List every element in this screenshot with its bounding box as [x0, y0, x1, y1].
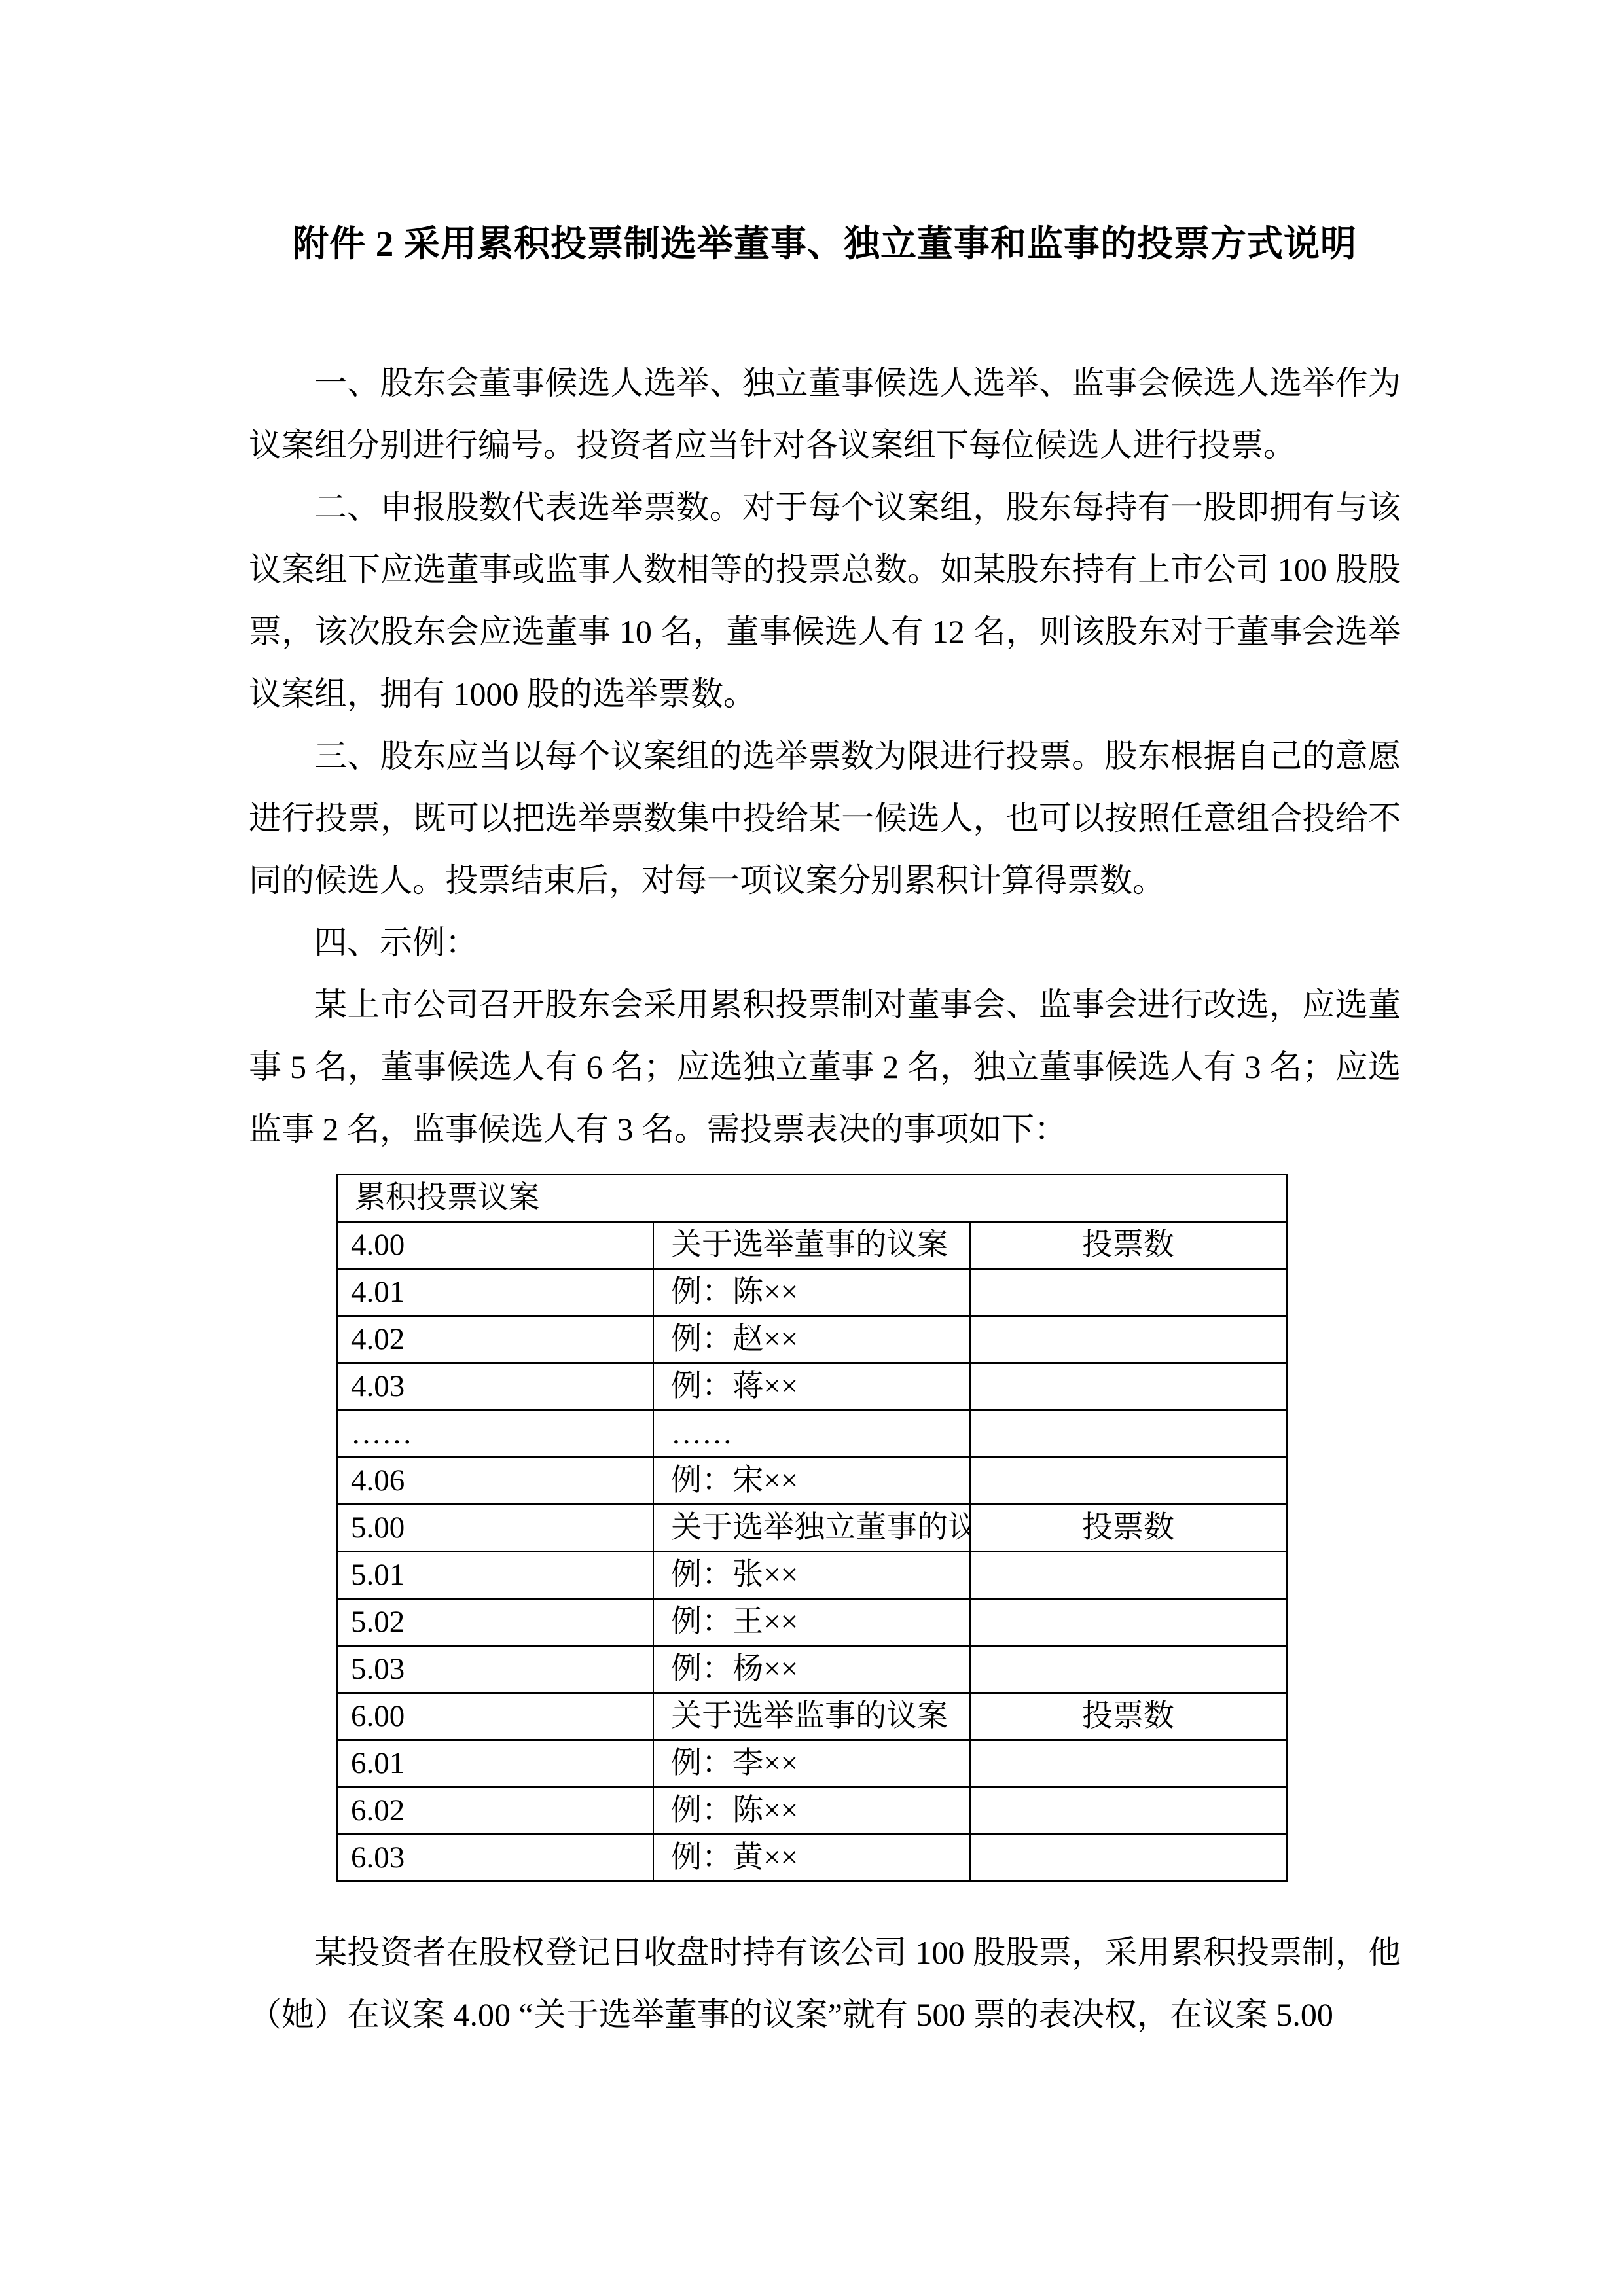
proposal-code-cell: 5.00	[337, 1505, 654, 1552]
votes-cell	[970, 1410, 1287, 1458]
proposal-code-cell: 4.03	[337, 1363, 654, 1410]
closing-paragraph: 某投资者在股权登记日收盘时持有该公司 100 股股票，采用累积投票制，他（她）在…	[249, 1922, 1401, 2046]
proposal-item-cell: 例：李××	[653, 1740, 970, 1787]
proposal-code-cell: 6.00	[337, 1693, 654, 1740]
table-row: 6.02 例：陈××	[337, 1787, 1287, 1835]
votes-cell	[970, 1458, 1287, 1505]
document-page: 附件 2 采用累积投票制选举董事、独立董事和监事的投票方式说明 一、股东会董事候…	[0, 0, 1624, 2296]
votes-cell	[970, 1646, 1287, 1693]
table-caption-cell: 累积投票议案	[337, 1175, 1287, 1222]
table-row: 5.03 例：杨××	[337, 1646, 1287, 1693]
proposal-code-cell: 6.03	[337, 1835, 654, 1882]
proposal-item-cell: 例：杨××	[653, 1646, 970, 1693]
table-row: 4.06 例：宋××	[337, 1458, 1287, 1505]
proposal-code-cell: 5.03	[337, 1646, 654, 1693]
cumulative-voting-table: 累积投票议案 4.00 关于选举董事的议案 投票数 4.01 例：陈×× 4.0…	[336, 1174, 1288, 1882]
paragraph-5: 某上市公司召开股东会采用累积投票制对董事会、监事会进行改选，应选董事 5 名，董…	[249, 974, 1401, 1160]
proposal-code-cell: ……	[337, 1410, 654, 1458]
proposal-item-cell: ……	[653, 1410, 970, 1458]
proposal-code-cell: 6.01	[337, 1740, 654, 1787]
proposal-code-cell: 5.02	[337, 1599, 654, 1646]
voting-table-body: 累积投票议案 4.00 关于选举董事的议案 投票数 4.01 例：陈×× 4.0…	[337, 1175, 1287, 1882]
proposal-item-cell: 例：黄××	[653, 1835, 970, 1882]
paragraph-1: 一、股东会董事候选人选举、独立董事候选人选举、监事会候选人选举作为议案组分别进行…	[249, 352, 1401, 476]
votes-cell	[970, 1599, 1287, 1646]
proposal-item-cell: 关于选举独立董事的议案	[653, 1505, 970, 1552]
proposal-item-cell: 例：王××	[653, 1599, 970, 1646]
table-row: …… ……	[337, 1410, 1287, 1458]
proposal-item-cell: 例：赵××	[653, 1316, 970, 1363]
votes-cell: 投票数	[970, 1505, 1287, 1552]
proposal-item-cell: 关于选举监事的议案	[653, 1693, 970, 1740]
votes-cell	[970, 1740, 1287, 1787]
paragraph-3: 三、股东应当以每个议案组的选举票数为限进行投票。股东根据自己的意愿进行投票，既可…	[249, 725, 1401, 912]
votes-cell	[970, 1835, 1287, 1882]
proposal-code-cell: 6.02	[337, 1787, 654, 1835]
proposal-code-cell: 4.02	[337, 1316, 654, 1363]
proposal-item-cell: 关于选举董事的议案	[653, 1222, 970, 1269]
table-row: 6.00 关于选举监事的议案 投票数	[337, 1693, 1287, 1740]
table-row: 5.01 例：张××	[337, 1552, 1287, 1599]
votes-cell	[970, 1363, 1287, 1410]
proposal-item-cell: 例：蒋××	[653, 1363, 970, 1410]
proposal-code-cell: 4.06	[337, 1458, 654, 1505]
proposal-item-cell: 例：陈××	[653, 1269, 970, 1316]
table-row: 5.02 例：王××	[337, 1599, 1287, 1646]
table-row: 4.02 例：赵××	[337, 1316, 1287, 1363]
paragraph-4-example-heading: 四、示例：	[249, 912, 1401, 974]
table-row: 5.00 关于选举独立董事的议案 投票数	[337, 1505, 1287, 1552]
table-row: 4.03 例：蒋××	[337, 1363, 1287, 1410]
table-row: 4.01 例：陈××	[337, 1269, 1287, 1316]
proposal-code-cell: 4.01	[337, 1269, 654, 1316]
votes-cell: 投票数	[970, 1693, 1287, 1740]
table-row: 6.01 例：李××	[337, 1740, 1287, 1787]
paragraph-2: 二、申报股数代表选举票数。对于每个议案组，股东每持有一股即拥有与该议案组下应选董…	[249, 476, 1401, 725]
proposal-item-cell: 例：陈××	[653, 1787, 970, 1835]
document-title: 附件 2 采用累积投票制选举董事、独立董事和监事的投票方式说明	[249, 213, 1401, 275]
proposal-code-cell: 4.00	[337, 1222, 654, 1269]
table-row: 6.03 例：黄××	[337, 1835, 1287, 1882]
proposal-item-cell: 例：宋××	[653, 1458, 970, 1505]
votes-cell: 投票数	[970, 1222, 1287, 1269]
proposal-item-cell: 例：张××	[653, 1552, 970, 1599]
table-row: 4.00 关于选举董事的议案 投票数	[337, 1222, 1287, 1269]
votes-cell	[970, 1787, 1287, 1835]
votes-cell	[970, 1269, 1287, 1316]
votes-cell	[970, 1316, 1287, 1363]
table-caption-row: 累积投票议案	[337, 1175, 1287, 1222]
votes-cell	[970, 1552, 1287, 1599]
proposal-code-cell: 5.01	[337, 1552, 654, 1599]
